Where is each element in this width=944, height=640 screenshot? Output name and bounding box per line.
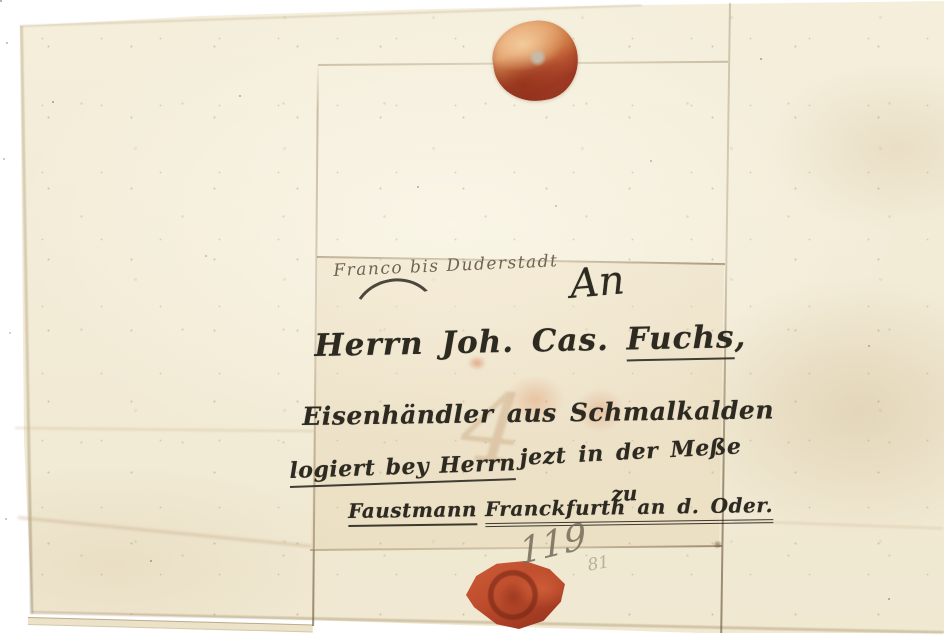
paper-edge-sliver xyxy=(28,617,313,632)
host-destination-line: FaustmannFranckfurth an d. Oder. xyxy=(348,493,773,523)
salutation: An xyxy=(568,257,626,308)
recipient-comma: , xyxy=(734,319,747,355)
host-name: Faustmann xyxy=(348,497,477,527)
pencil-number-faint: 81 xyxy=(586,552,611,575)
paper-specks xyxy=(0,0,2,2)
destination: Franckfurth an d. Oder. xyxy=(485,493,773,527)
recipient-name: Fuchs xyxy=(626,319,735,361)
recipient-line: Herrn Joh. Cas. Fuchs, xyxy=(314,319,747,364)
recipient-title: Herrn Joh. Cas. xyxy=(314,321,627,364)
letter-scan: 4 Franco bis Duderstadt An Herrn Joh. Ca… xyxy=(0,0,944,640)
